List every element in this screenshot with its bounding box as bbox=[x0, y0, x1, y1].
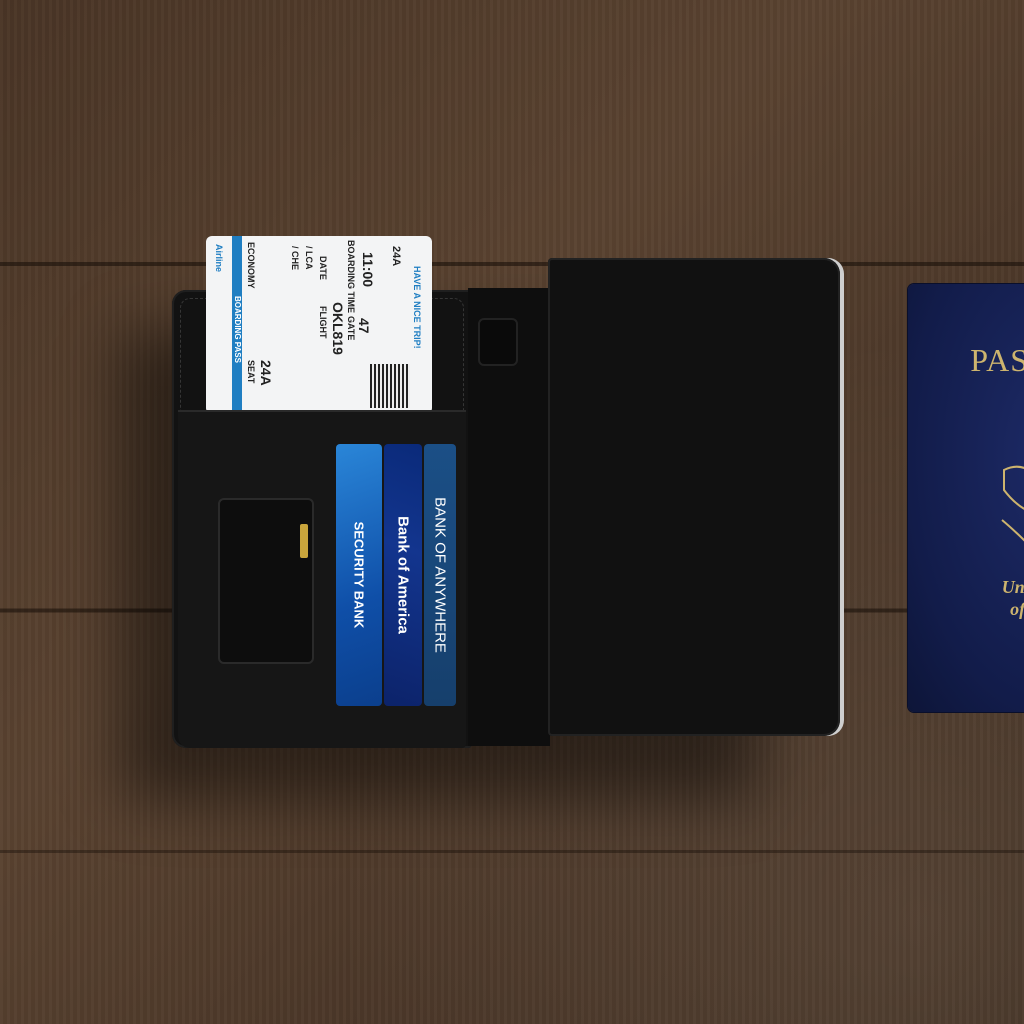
country-line-1: United States bbox=[908, 576, 1024, 598]
class-label: ECONOMY bbox=[246, 242, 256, 289]
passport-country: United States of America bbox=[908, 576, 1024, 620]
gate-label: GATE bbox=[346, 316, 356, 340]
card-name: BANK OF ANYWHERE bbox=[432, 497, 449, 653]
passport: PASSPORT United States o bbox=[908, 284, 1024, 712]
flight-value: OKL819 bbox=[330, 302, 346, 355]
boarding-pass: Airline ECONOMY BOARDING PASS SEAT 24A /… bbox=[206, 236, 432, 414]
from-code: / CHE bbox=[290, 246, 300, 270]
card-bank-of-anywhere: BANK OF ANYWHERE bbox=[424, 444, 456, 706]
seat-label: SEAT bbox=[246, 360, 256, 383]
boarding-time-label: BOARDING TIME bbox=[346, 240, 356, 313]
wallet-right-panel: PASSPORT United States o bbox=[548, 258, 840, 736]
eagle-seal-icon bbox=[984, 420, 1024, 560]
to-code: / LCA bbox=[304, 246, 314, 270]
sim-card-slot bbox=[218, 498, 314, 664]
boarding-time-value: 11:00 bbox=[360, 252, 376, 287]
airline-logo: Airline bbox=[214, 244, 224, 272]
passport-title: PASSPORT bbox=[908, 342, 1024, 379]
boarding-pass-header: BOARDING PASS bbox=[233, 296, 242, 363]
card-bank-of-america: Bank of America bbox=[384, 444, 422, 706]
date-label: DATE bbox=[318, 256, 328, 280]
sim-card-icon bbox=[300, 524, 308, 558]
pen-loop bbox=[478, 318, 518, 366]
seat-value: 24A bbox=[258, 360, 274, 386]
card-name: SECURITY BANK bbox=[352, 522, 367, 629]
card-security-bank: SECURITY BANK bbox=[336, 444, 382, 706]
card-name: Bank of America bbox=[395, 516, 412, 634]
flight-label: FLIGHT bbox=[318, 306, 328, 339]
seat-right-value: 24A bbox=[390, 246, 402, 266]
gate-value: 47 bbox=[356, 318, 372, 334]
country-line-2: of America bbox=[908, 598, 1024, 620]
bank-cards: SECURITY BANK Bank of America BANK OF AN… bbox=[336, 444, 456, 708]
passport-wallet: Airline ECONOMY BOARDING PASS SEAT 24A /… bbox=[172, 258, 840, 748]
trip-message: HAVE A NICE TRIP! bbox=[412, 266, 422, 349]
barcode-icon bbox=[370, 364, 410, 408]
